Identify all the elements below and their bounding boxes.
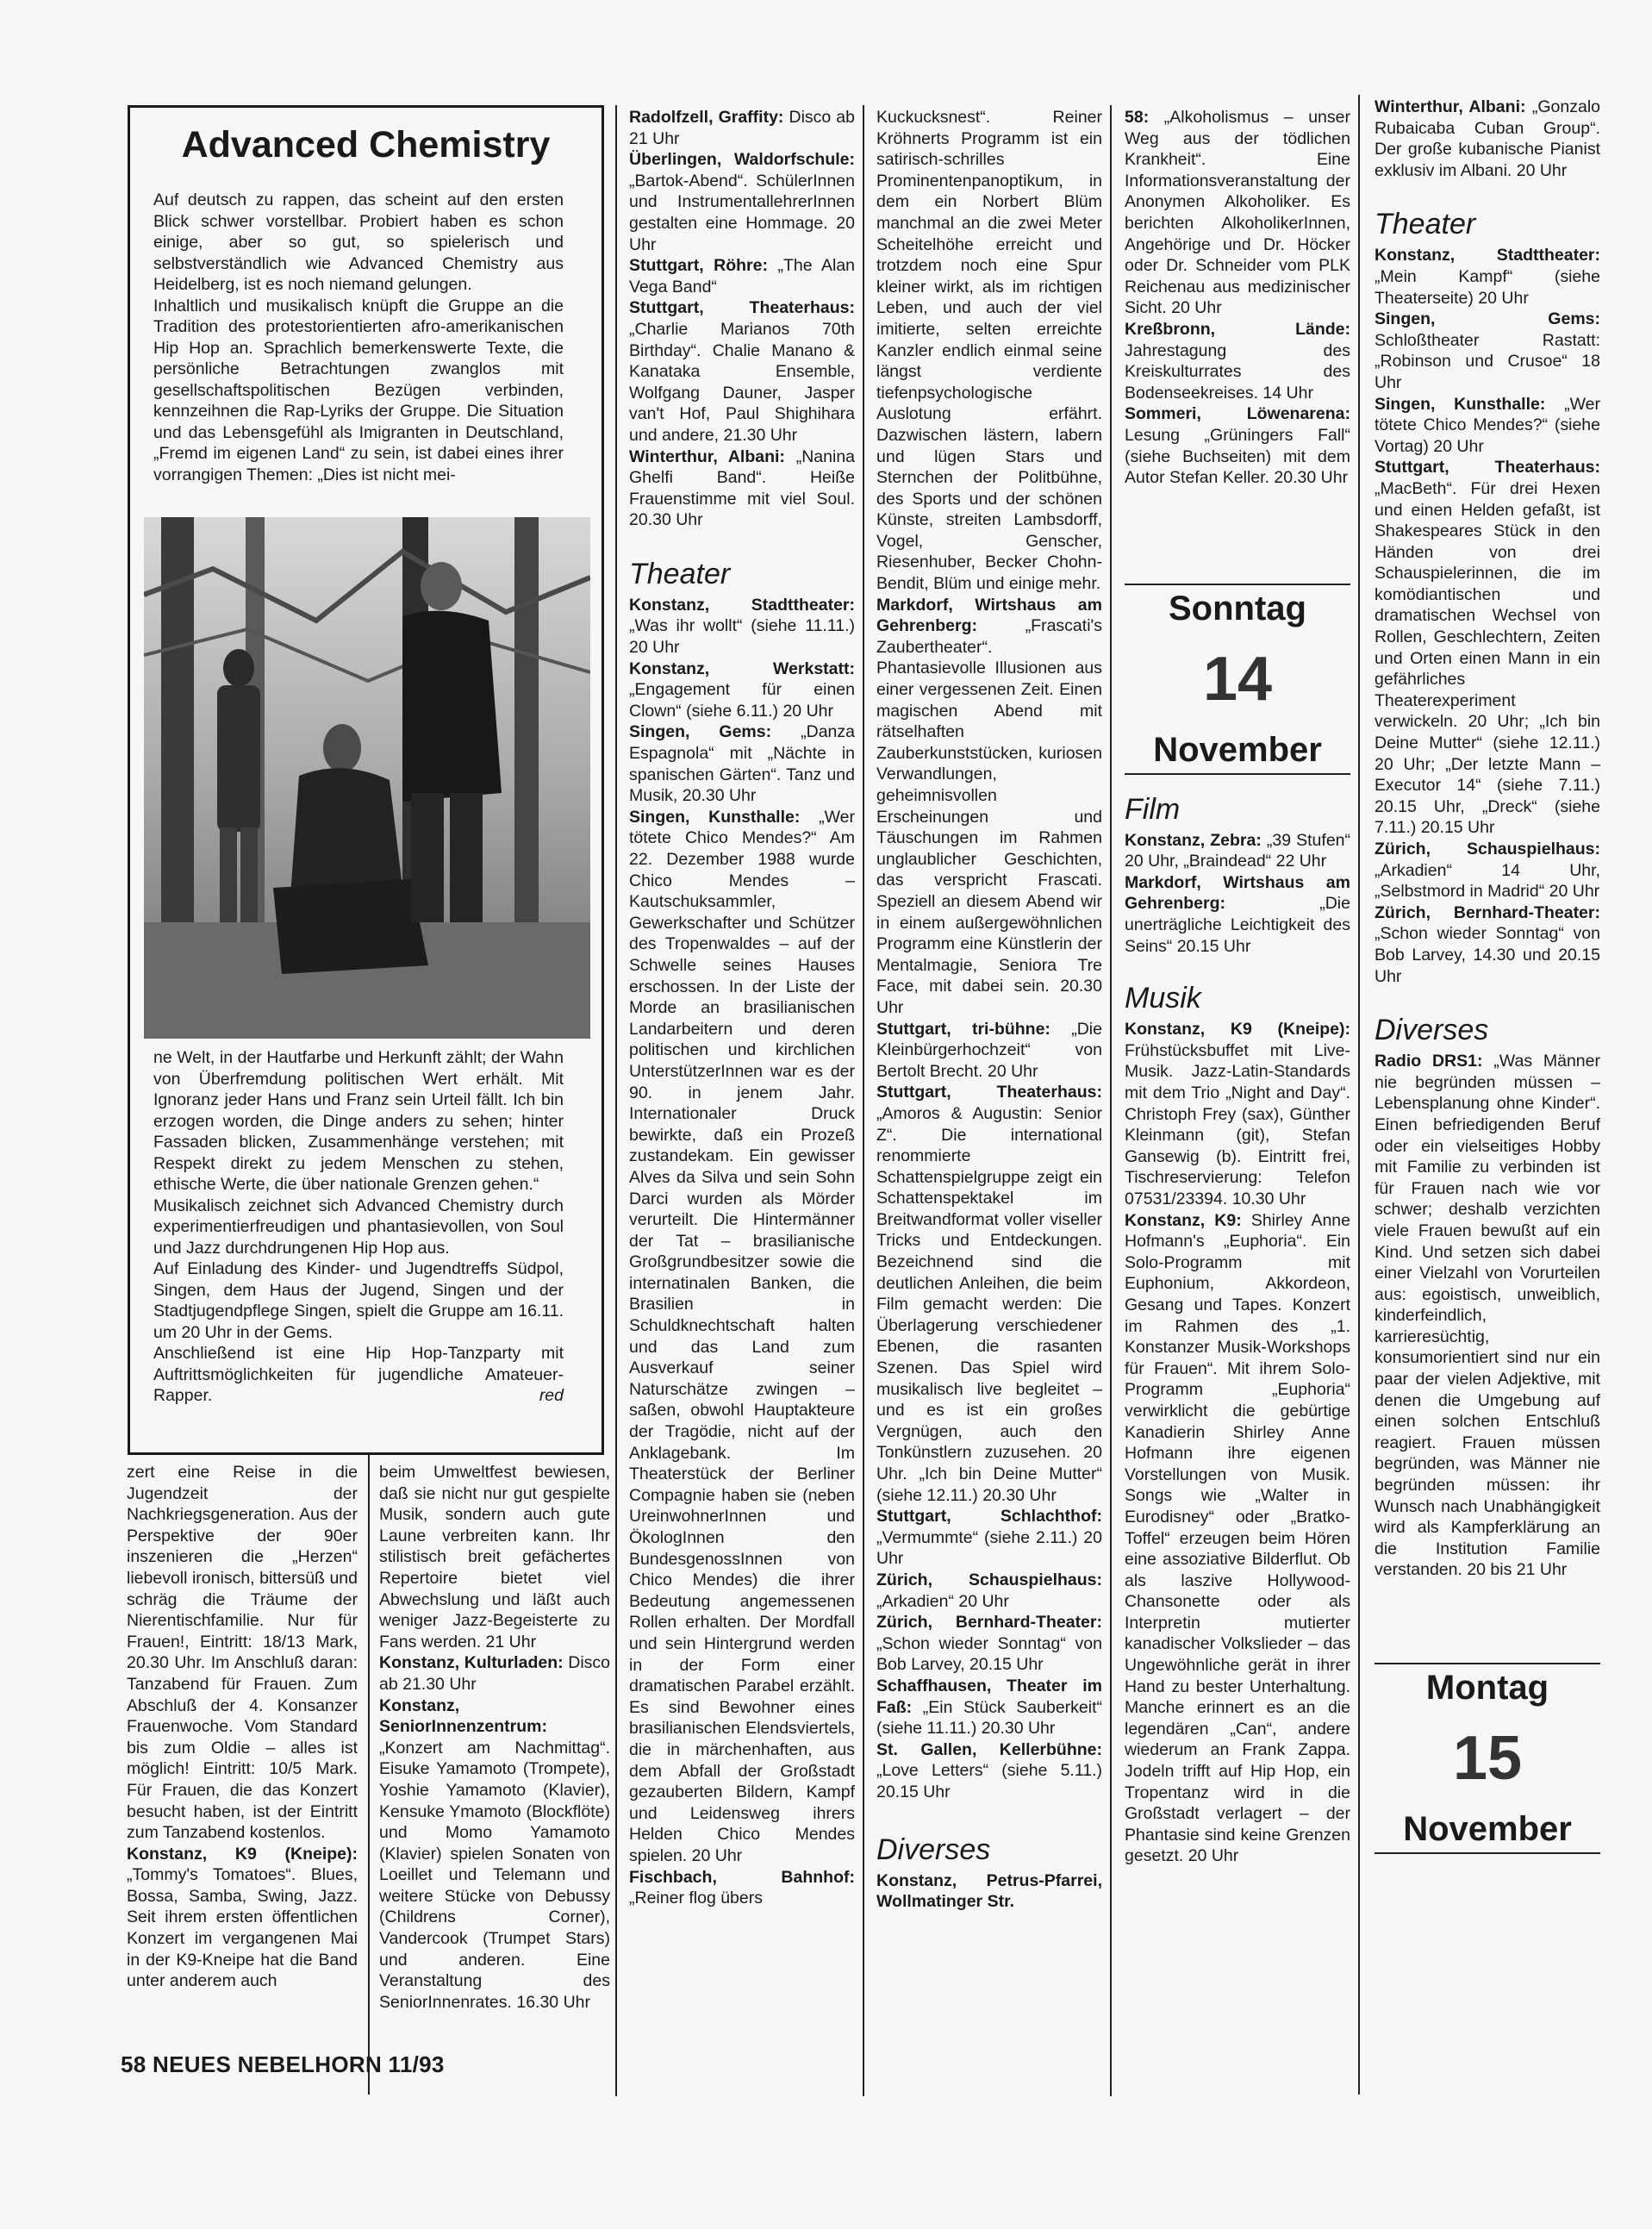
column-3: Radolfzell, Graffity: Disco ab 21 Uhr Üb… (629, 107, 855, 1909)
venue-name: Radolfzell, Graffity: (629, 108, 783, 127)
listing-entry: Konstanz, Zebra: „39 Stufen“ 20 Uhr, „Br… (1125, 830, 1350, 872)
venue-name: Winterthur, Albani: (629, 447, 785, 466)
feature-paragraph: ne Welt, in der Hautfarbe und Herkunft z… (153, 1047, 564, 1196)
column-5: 58: „Alkoholismus – unser Weg aus der tö… (1125, 107, 1350, 1867)
listing-entry: Stuttgart, Röhre: „The Alan Vega Band“ (629, 255, 855, 297)
day-header-sunday: Sonntag 14 November (1125, 584, 1350, 775)
weekday: Sonntag (1125, 585, 1350, 632)
venue-name: Radio DRS1: (1375, 1052, 1482, 1071)
section-heading-diverses: Diverses (1375, 1013, 1600, 1047)
day-number: 15 (1375, 1711, 1600, 1806)
listing-entry: Konstanz, Kulturladen: Disco ab 21.30 Uh… (379, 1652, 610, 1695)
listing-entry: Singen, Gems: Schloßtheater Rastatt: „Ro… (1375, 309, 1600, 393)
venue-name: Fischbach, Bahnhof: (629, 1868, 855, 1887)
listing-entry: Stuttgart, Theaterhaus: „Amoros & August… (876, 1082, 1102, 1506)
section-heading-theater: Theater (629, 557, 855, 591)
venue-name: Stuttgart, Röhre: (629, 256, 768, 275)
section-heading-musik: Musik (1125, 981, 1350, 1015)
listing-entry: Markdorf, Wirtshaus am Gehrenberg: „Die … (1125, 872, 1350, 957)
venue-name: Zürich, Schauspielhaus: (1375, 840, 1600, 859)
listing-entry: Konstanz, K9: Shirley Anne Hofmann's „Eu… (1125, 1210, 1350, 1867)
column-rule (368, 1455, 370, 2095)
column-rule (1358, 95, 1360, 2095)
venue-name: Zürich, Bernhard-Theater: (1375, 903, 1600, 922)
venue-name: Konstanz, K9: (1125, 1211, 1242, 1230)
listing-entry: Konstanz, K9 (Kneipe): Frühstücksbuffet … (1125, 1019, 1350, 1209)
venue-name: Singen, Kunsthalle: (1375, 395, 1545, 414)
venue-name: Konstanz, K9 (Kneipe): (1125, 1020, 1350, 1039)
column-6: Winterthur, Albani: „Gonzalo Rubaicaba C… (1375, 97, 1600, 1854)
month: November (1375, 1806, 1600, 1852)
venue-name: Kreßbronn, Lände: (1125, 320, 1350, 339)
section-heading-theater: Theater (1375, 207, 1600, 241)
venue-name: Konstanz, Werkstatt: (629, 659, 855, 678)
venue-name: Konstanz, Petrus-Pfarrei, Wollmatinger S… (876, 1871, 1102, 1912)
listing-entry: Radolfzell, Graffity: Disco ab 21 Uhr (629, 107, 855, 149)
venue-name: Winterthur, Albani: (1375, 97, 1525, 116)
band-photo-image (144, 517, 590, 1039)
listing-entry: Kreßbronn, Lände: Jahrestagung des Kreis… (1125, 319, 1350, 403)
listing-entry: Konstanz, Stadttheater: „Mein Kampf“ (si… (1375, 245, 1600, 309)
listing-entry: Singen, Kunsthalle: „Wer tötete Chico Me… (1375, 394, 1600, 458)
venue-name: Konstanz, SeniorInnenzentrum: (379, 1696, 547, 1737)
listing-entry: Radio DRS1: „Was Männer nie begründen mü… (1375, 1051, 1600, 1581)
divider (1125, 773, 1350, 775)
venue-name: Zürich, Schauspielhaus: (876, 1570, 1102, 1589)
listing-entry: zert eine Reise in die Jugendzeit der Na… (127, 1462, 358, 1844)
feature-paragraph: Auf deutsch zu rappen, das scheint auf d… (153, 190, 564, 296)
section-heading-diverses: Diverses (876, 1833, 1102, 1867)
listing-entry: Zürich, Schauspielhaus: „Arkadien“ 20 Uh… (876, 1570, 1102, 1612)
listing-entry: Kuckucksnest“. Reiner Kröhnerts Programm… (876, 107, 1102, 595)
feature-paragraph: Inhaltlich und musikalisch knüpft die Gr… (153, 296, 564, 486)
venue-name: Singen, Kunsthalle: (629, 808, 800, 827)
feature-continuation: ne Welt, in der Hautfarbe und Herkunft z… (153, 1047, 564, 1407)
listing-entry: Sommeri, Löwenarena: Lesung „Grüningers … (1125, 403, 1350, 488)
listing-entry: Winterthur, Albani: „Gonzalo Rubaicaba C… (1375, 97, 1600, 181)
venue-name: Markdorf, Wirtshaus am Gehrenberg: (1125, 873, 1350, 914)
listing-entry: Fischbach, Bahnhof: „Reiner flog übers (629, 1867, 855, 1909)
feature-box: Advanced Chemistry Auf deutsch zu rappen… (128, 105, 604, 1455)
section-heading-film: Film (1125, 792, 1350, 827)
column-2: beim Umweltfest bewiesen, daß sie nicht … (379, 1462, 610, 2013)
column-rule (863, 105, 864, 2096)
venue-name: St. Gallen, Kellerbühne: (876, 1740, 1102, 1759)
column-rule (615, 105, 617, 2096)
venue-name: Konstanz, Stadttheater: (629, 596, 855, 615)
venue-name: Stuttgart, Theaterhaus: (1375, 458, 1600, 477)
author-signature: red (539, 1385, 564, 1407)
month: November (1125, 727, 1350, 773)
listing-entry: Konstanz, Werkstatt: „Engagement für ein… (629, 659, 855, 722)
listing-entry: Stuttgart, Schlachthof: „Vermummte“ (sie… (876, 1506, 1102, 1570)
column-rule (1110, 105, 1112, 2096)
venue-name: 58: (1125, 108, 1149, 127)
venue-name: Stuttgart, Theaterhaus: (629, 298, 855, 317)
venue-name: Konstanz, Zebra: (1125, 831, 1262, 850)
venue-name: Singen, Gems: (1375, 309, 1600, 328)
venue-name: Konstanz, Kulturladen: (379, 1653, 564, 1672)
feature-paragraph: Anschließend ist eine Hip Hop-Tanzparty … (153, 1343, 564, 1407)
listing-entry: Konstanz, Petrus-Pfarrei, Wollmatinger S… (876, 1870, 1102, 1913)
listing-entry: Schaffhausen, Theater im Faß: „Ein Stück… (876, 1676, 1102, 1739)
feature-intro: Auf deutsch zu rappen, das scheint auf d… (153, 190, 564, 485)
listing-entry: Stuttgart, tri-bühne: „Die Kleinbürgerho… (876, 1019, 1102, 1083)
listing-entry: Stuttgart, Theaterhaus: „MacBeth“. Für d… (1375, 457, 1600, 839)
divider (1375, 1852, 1600, 1854)
venue-name: Zürich, Bernhard-Theater: (876, 1613, 1102, 1632)
venue-name: Stuttgart, Theaterhaus: (876, 1083, 1102, 1102)
band-photo (144, 517, 590, 1039)
listing-entry: 58: „Alkoholismus – unser Weg aus der tö… (1125, 107, 1350, 319)
listing-entry: Zürich, Bernhard-Theater: „Schon wieder … (1375, 902, 1600, 987)
weekday: Montag (1375, 1664, 1600, 1711)
feature-paragraph: Auf Einladung des Kinder- und Jugendtref… (153, 1258, 564, 1343)
listing-entry: Konstanz, K9 (Kneipe): „Tommy's Tomatoes… (127, 1844, 358, 1992)
listing-entry: St. Gallen, Kellerbühne: „Love Letters“ … (876, 1739, 1102, 1803)
listing-entry: Konstanz, SeniorInnenzentrum: „Konzert a… (379, 1695, 610, 2014)
feature-title: Advanced Chemistry (130, 123, 602, 166)
listing-entry: Singen, Gems: „Danza Espagnola“ mit „Näc… (629, 721, 855, 806)
listing-entry: Stuttgart, Theaterhaus: „Charlie Mariano… (629, 297, 855, 446)
venue-name: Konstanz, K9 (Kneipe): (127, 1845, 358, 1864)
column-4: Kuckucksnest“. Reiner Kröhnerts Programm… (876, 107, 1102, 1913)
listing-entry: Konstanz, Stadttheater: „Was ihr wollt“ … (629, 595, 855, 659)
day-header-monday: Montag 15 November (1375, 1663, 1600, 1854)
listing-entry: Winterthur, Albani: „Nanina Ghelfi Band“… (629, 446, 855, 531)
listing-entry: Zürich, Bernhard-Theater: „Schon wieder … (876, 1612, 1102, 1676)
venue-name: Konstanz, Stadttheater: (1375, 246, 1600, 265)
listing-entry: Singen, Kunsthalle: „Wer tötete Chico Me… (629, 807, 855, 1867)
listing-entry: Zürich, Schauspielhaus: „Arkadien“ 14 Uh… (1375, 839, 1600, 902)
venue-name: Stuttgart, tri-bühne: (876, 1020, 1050, 1039)
column-1: zert eine Reise in die Jugendzeit der Na… (127, 1462, 358, 1992)
listing-entry: Überlingen, Waldorfschule: „Bartok-Abend… (629, 149, 855, 255)
feature-paragraph: Musikalisch zeichnet sich Advanced Chemi… (153, 1196, 564, 1259)
venue-name: Stuttgart, Schlachthof: (876, 1507, 1102, 1526)
listing-entry: beim Umweltfest bewiesen, daß sie nicht … (379, 1462, 610, 1652)
venue-name: Sommeri, Löwenarena: (1125, 404, 1350, 423)
venue-name: Überlingen, Waldorfschule: (629, 150, 855, 169)
day-number: 14 (1125, 632, 1350, 727)
venue-name: Singen, Gems: (629, 722, 771, 741)
listing-entry: Markdorf, Wirtshaus am Gehrenberg: „Fras… (876, 595, 1102, 1019)
page-footer: 58 NEUES NEBELHORN 11/93 (121, 2051, 445, 2078)
